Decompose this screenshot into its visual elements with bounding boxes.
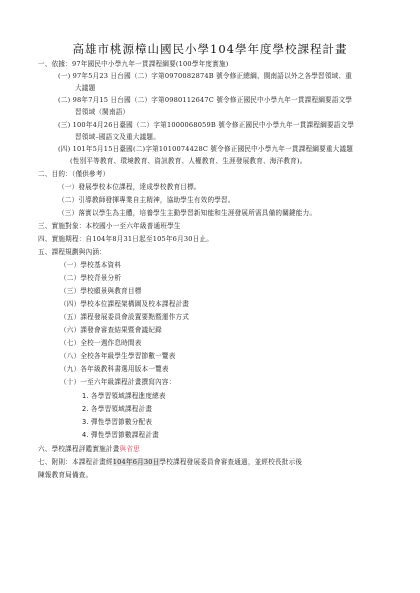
section-5-heading: 五、課程規劃與內涵： (38, 248, 106, 256)
s5-item-8: （八）全校各年級學生學習節數一覽表 (60, 352, 176, 360)
s5-item-2: （二）學校背景分析 (60, 274, 121, 282)
s2-item-1: （一）發展學校本位課程，達成學校教育目標。 (58, 183, 201, 191)
s2-item-2: （二）引導教師發揮專業自主精神，協助學生有效的學習。 (58, 196, 235, 204)
s5-subitem-2: 2. 各學習領域課程計畫 (82, 405, 152, 413)
section-6-text: 六、學校課程評鑑實施計畫 (38, 445, 120, 453)
section-6-heading: 六、學校課程評鑑實施計畫與省思 (38, 445, 140, 453)
section-7-line1: 七、附則：本課程計畫經104年6月30日學校課程發展委員會審查通過，並經校長批示… (38, 458, 302, 466)
s1-item-3-line1: (三) 100年4月26日臺國（二）字第1000068059B 號令修正國民中小… (58, 121, 354, 129)
section-7-line2: 陳報教育局備查。 (38, 471, 92, 479)
s5-item-6: （六）課發會審查結果暨會議紀錄 (60, 326, 162, 334)
s1-item-2-line1: (二) 98年7月15 日台國（二）字第0980112647C 號令修正國民中小… (58, 96, 352, 104)
section-7-highlight-date: 104年6月30日 (113, 458, 160, 466)
s1-item-1-line2: 大議題 (75, 84, 95, 92)
section-6-red-suffix: 與省思 (120, 445, 140, 453)
s5-subitem-3: 3. 彈性學習節數分配表 (82, 418, 152, 426)
s5-item-7: （七）全校一週作息時間表 (60, 339, 142, 347)
section-7-suffix: 學校課程發展委員會審查通過，並經校長批示後 (160, 458, 303, 466)
s1-item-4-line2: (性別平等教育、環境教育、資訊教育、人權教育、生涯發展教育、海洋教育)。 (70, 157, 307, 165)
document-title: 高雄市桃源樟山國民小學104學年度學校課程計畫 (0, 41, 420, 57)
s5-item-10: （十）一至六年級課程計畫撰寫內容： (60, 378, 176, 386)
s5-item-4: （四）學校本位課程架構圖及校本課程計畫 (60, 300, 189, 308)
section-4-heading: 四、實施期程：自104年8月31日起至105年6月30日止。 (38, 235, 213, 243)
section-2-heading: 二、目的：（僅供參考） (38, 170, 109, 178)
s1-item-3-line2: 習領域–國語文及重大議題。 (75, 133, 160, 141)
s1-item-2-line2: 習領域（閩南語） (75, 108, 129, 116)
s5-item-5: （五）課程發展委員會設置要點暨運作方式 (60, 313, 189, 321)
section-7-prefix: 七、附則：本課程計畫經 (38, 458, 113, 466)
document-page: 高雄市桃源樟山國民小學104學年度學校課程計畫 一、依據：97年國民中小學九年一… (0, 0, 420, 593)
s1-item-1-line1: (一) 97年5月23 日台國（二）字第0970082874B 號令修正總綱、閩… (58, 72, 352, 80)
s5-subitem-1: 1. 各學習領域課程進度總表 (82, 392, 166, 400)
s1-item-4-line1: (四) 101年5月15日臺國(二)字第1010074428C 號令修正國民中小… (58, 145, 353, 153)
s5-item-9: （九）各年級教科書選用版本一覽表 (60, 365, 169, 373)
s5-subitem-4: 4. 彈性學習節數課程計畫 (82, 431, 159, 439)
section-1-heading: 一、依據：97年國民中小學九年一貫課程綱要(100學年度實施) (38, 60, 229, 68)
section-3-heading: 三、實施對象：本校國小一至六年級普通班學生 (38, 222, 181, 230)
s2-item-3: （三）落實以學生為主體，培養學生主動學習新知能和生涯發展所需具備的關鍵能力。 (58, 209, 316, 217)
s5-item-3: （三）學校願景與教育目標 (60, 287, 142, 295)
s5-item-1: （一）學校基本資料 (60, 261, 121, 269)
